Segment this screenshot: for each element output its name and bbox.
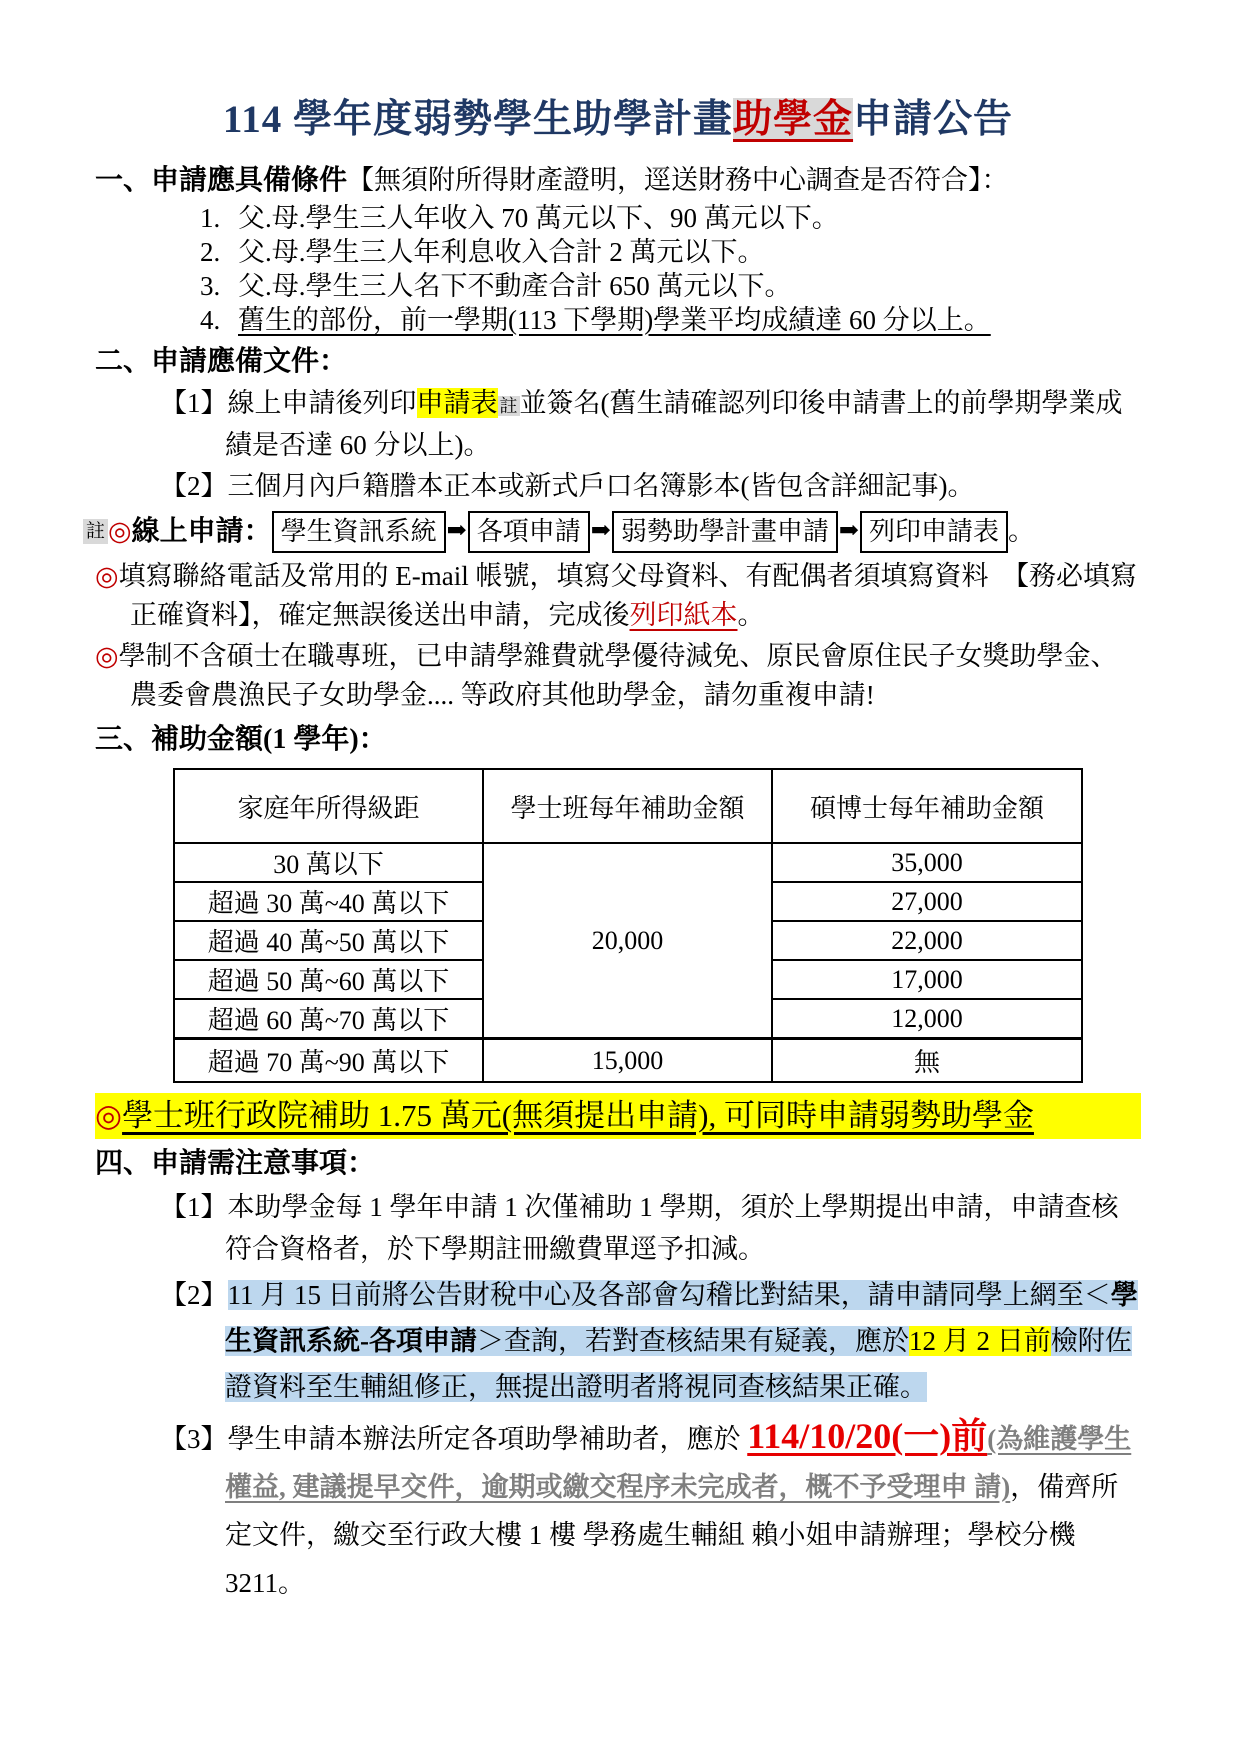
table-row: 30 萬以下 20,000 35,000 bbox=[174, 843, 1082, 882]
list-item: 4.舊生的部份，前一學期(113 下學期)學業平均成績達 60 分以上。 bbox=[200, 303, 1141, 337]
income-bracket-cell: 超過 40 萬~50 萬以下 bbox=[174, 921, 483, 960]
right-arrow-icon: ➡ bbox=[839, 518, 859, 544]
grad-amount-cell: 35,000 bbox=[772, 843, 1082, 882]
flow-step-program-apply: 弱勢助學計畫申請 bbox=[612, 511, 838, 553]
flow-end-punctuation: 。 bbox=[1008, 516, 1035, 546]
table-row: 超過 70 萬~90 萬以下 15,000 無 bbox=[174, 1039, 1082, 1083]
list-item: 1.父.母.學生三人年收入 70 萬元以下、90 萬元以下。 bbox=[200, 201, 1141, 235]
section1-heading-rest: 【無須附所得財產證明，逕送財務中心調查是否符合】： bbox=[347, 165, 1009, 195]
notice-item-3: 【3】學生申請本辦法所定各項助學補助者，應於 114/10/20(一)前(為維護… bbox=[95, 1412, 1141, 1607]
title-text-post: 申請公告 bbox=[853, 98, 1013, 141]
title-highlight-text: 助學金 bbox=[733, 98, 853, 141]
item-prefix: 【2】 bbox=[160, 1280, 228, 1310]
section4-heading-bold: 四、申請需注意事項： bbox=[95, 1148, 375, 1179]
title-text-pre: 114 學年度弱勢學生助學計畫 bbox=[223, 98, 733, 141]
item-prefix: 【2】 bbox=[160, 471, 228, 501]
list-item-text: 父.母.學生三人名下不動產合計 650 萬元以下。 bbox=[238, 271, 792, 301]
red-circle-mark: ◎ bbox=[95, 641, 119, 671]
red-circle-mark: ◎ bbox=[95, 561, 119, 591]
document-item-1: 【1】線上申請後列印申請表註並簽名(舊生請確認列印後申請書上的前學期學業成績是否… bbox=[95, 384, 1141, 465]
online-apply-flow: 註◎線上申請：學生資訊系統➡各項申請➡弱勢助學計畫申請➡列印申請表。 bbox=[83, 508, 1141, 555]
flow-step-applications: 各項申請 bbox=[468, 511, 590, 553]
condition-list: 1.父.母.學生三人年收入 70 萬元以下、90 萬元以下。 2.父.母.學生三… bbox=[200, 201, 1141, 337]
list-item-number: 4. bbox=[200, 303, 238, 337]
section2-heading: 二、申請應備文件： bbox=[95, 341, 1141, 382]
item-prefix: 【1】 bbox=[160, 1192, 228, 1222]
grad-amount-cell: 22,000 bbox=[772, 921, 1082, 960]
list-item-text: 父.母.學生三人年利息收入合計 2 萬元以下。 bbox=[238, 237, 765, 267]
item-prefix: 【3】 bbox=[160, 1424, 228, 1454]
column-header-graduate: 碩博士每年補助金額 bbox=[772, 769, 1082, 843]
bullet-no-duplicate: ◎學制不含碩士在職專班，已申請學雜費就學優待減免、原民會原住民子女獎助學金、農委… bbox=[95, 637, 1141, 715]
section3-heading-bold: 三、補助金額(1 學年)： bbox=[95, 724, 387, 755]
right-arrow-icon: ➡ bbox=[591, 518, 611, 544]
income-bracket-cell: 超過 50 萬~60 萬以下 bbox=[174, 960, 483, 999]
income-bracket-cell: 30 萬以下 bbox=[174, 843, 483, 882]
item-text: 線上申請後列印 bbox=[228, 388, 417, 418]
column-header-bachelor: 學士班每年補助金額 bbox=[483, 769, 772, 843]
page-title: 114 學年度弱勢學生助學計畫助學金申請公告 bbox=[95, 88, 1141, 144]
online-apply-label: 線上申請： bbox=[132, 516, 272, 547]
section2-heading-bold: 二、申請應備文件： bbox=[95, 346, 347, 377]
list-item-number: 2. bbox=[200, 235, 238, 269]
list-item: 3.父.母.學生三人名下不動產合計 650 萬元以下。 bbox=[200, 269, 1141, 303]
bullet-contact-info: ◎填寫聯絡電話及常用的 E-mail 帳號，填寫父母資料、有配偶者須填寫資料 【… bbox=[95, 557, 1141, 635]
bullet-text: 填寫聯絡電話及常用的 E-mail 帳號，填寫父母資料、有配偶者須填寫資料 【務… bbox=[119, 561, 1137, 630]
notice-item-2: 【2】11 月 15 日前將公告財稅中心及各部會勾稽比對結果，請申請同學上網至＜… bbox=[95, 1272, 1141, 1410]
executive-yuan-subsidy-note: ◎學士班行政院補助 1.75 萬元(無須提出申請), 可同時申請弱勢助學金 bbox=[95, 1093, 1141, 1139]
list-item-number: 1. bbox=[200, 201, 238, 235]
income-bracket-cell: 超過 30 萬~40 萬以下 bbox=[174, 882, 483, 921]
list-item-number: 3. bbox=[200, 269, 238, 303]
section4-heading: 四、申請需注意事項： bbox=[95, 1143, 1141, 1184]
table-header-row: 家庭年所得級距 學士班每年補助金額 碩博士每年補助金額 bbox=[174, 769, 1082, 843]
application-form-highlight: 申請表 bbox=[417, 388, 498, 418]
notice-item-1: 【1】本助學金每 1 學年申請 1 次僅補助 1 學期，須於上學期提出申請，申請… bbox=[95, 1186, 1141, 1270]
grad-amount-cell: 12,000 bbox=[772, 999, 1082, 1039]
red-circle-mark: ◎ bbox=[108, 516, 132, 546]
print-paper-emphasis: 列印紙本 bbox=[630, 600, 738, 630]
subsidy-amount-table: 家庭年所得級距 學士班每年補助金額 碩博士每年補助金額 30 萬以下 20,00… bbox=[173, 768, 1083, 1083]
red-circle-mark: ◎ bbox=[95, 1098, 122, 1133]
blue-highlight-text: 11 月 15 日前將公告財稅中心及各部會勾稽比對結果，請申請同學上網至＜ bbox=[228, 1280, 1111, 1310]
income-bracket-cell: 超過 60 萬~70 萬以下 bbox=[174, 999, 483, 1039]
bullet-text: 學制不含碩士在職專班，已申請學雜費就學優待減免、原民會原住民子女獎助學金、農委會… bbox=[119, 641, 1118, 710]
grad-amount-cell: 17,000 bbox=[772, 960, 1082, 999]
grad-amount-cell: 27,000 bbox=[772, 882, 1082, 921]
bachelor-amount-merged-cell: 20,000 bbox=[483, 843, 772, 1039]
section1-heading-bold: 一、申請應具備條件 bbox=[95, 165, 347, 196]
deadline-date-text: 114/10/20(一)前 bbox=[747, 1416, 987, 1456]
bachelor-amount-cell: 15,000 bbox=[483, 1039, 772, 1083]
column-header-income: 家庭年所得級距 bbox=[174, 769, 483, 843]
item-text: 本助學金每 1 學年申請 1 次僅補助 1 學期，須於上學期提出申請，申請查核符… bbox=[225, 1192, 1119, 1264]
document-item-2: 【2】三個月內戶籍謄本正本或新式戶口名簿影本(皆包含詳細記事)。 bbox=[95, 467, 1141, 506]
note-superscript: 註 bbox=[498, 396, 520, 416]
announcement-page: 114 學年度弱勢學生助學計畫助學金申請公告 一、申請應具備條件【無須附所得財產… bbox=[0, 0, 1241, 1755]
section1-heading: 一、申請應具備條件【無須附所得財產證明，逕送財務中心調查是否符合】： bbox=[95, 160, 1141, 201]
note-tag: 註 bbox=[83, 519, 108, 544]
item-prefix: 【1】 bbox=[160, 388, 228, 418]
right-arrow-icon: ➡ bbox=[447, 518, 467, 544]
income-bracket-cell: 超過 70 萬~90 萬以下 bbox=[174, 1039, 483, 1083]
section3-heading: 三、補助金額(1 學年)： bbox=[95, 719, 1141, 760]
item-text: 學生申請本辦法所定各項助學補助者，應於 bbox=[228, 1424, 748, 1454]
flow-step-student-system: 學生資訊系統 bbox=[272, 511, 446, 553]
bullet-text: 。 bbox=[738, 600, 765, 630]
blue-highlight-text: ＞查詢，若對查核結果有疑義，應於 bbox=[477, 1326, 909, 1356]
deadline-yellow-text: 12 月 2 日前 bbox=[909, 1326, 1051, 1356]
flow-step-print-form: 列印申請表 bbox=[860, 511, 1008, 553]
grad-amount-cell: 無 bbox=[772, 1039, 1082, 1083]
item-text: 三個月內戶籍謄本正本或新式戶口名簿影本(皆包含詳細記事)。 bbox=[228, 471, 975, 501]
yellow-note-text: 學士班行政院補助 1.75 萬元(無須提出申請), 可同時申請弱勢助學金 bbox=[122, 1098, 1034, 1133]
list-item-text: 父.母.學生三人年收入 70 萬元以下、90 萬元以下。 bbox=[238, 203, 839, 233]
list-item-text-underlined: 舊生的部份，前一學期(113 下學期)學業平均成績達 60 分以上。 bbox=[238, 305, 991, 335]
list-item: 2.父.母.學生三人年利息收入合計 2 萬元以下。 bbox=[200, 235, 1141, 269]
